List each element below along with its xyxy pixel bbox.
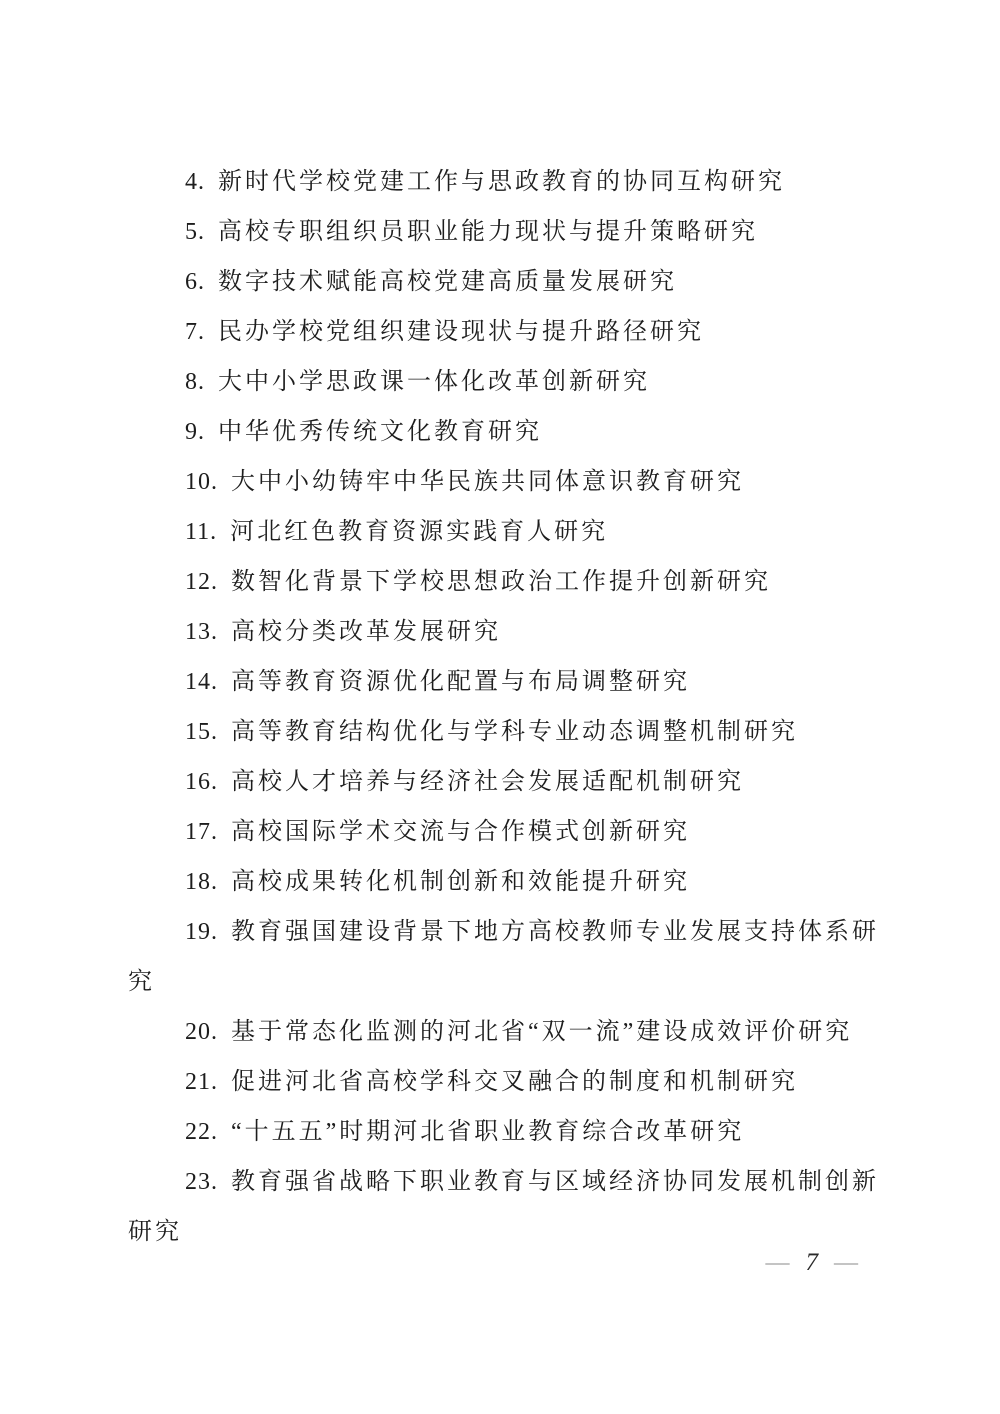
topic-line: 23.教育强省战略下职业教育与区域经济协同发展机制创新 xyxy=(128,1157,884,1207)
topic-line-continuation: 究 xyxy=(128,957,884,1007)
item-text: 教育强省战略下职业教育与区域经济协同发展机制创新 xyxy=(231,1169,879,1195)
item-number: 22. xyxy=(185,1107,218,1157)
list-item: 16.高校人才培养与经济社会发展适配机制研究 xyxy=(128,757,884,807)
item-text: 新时代学校党建工作与思政教育的协同互构研究 xyxy=(218,169,785,195)
topic-list: 4.新时代学校党建工作与思政教育的协同互构研究5.高校专职组织员职业能力现状与提… xyxy=(128,157,884,1257)
list-item: 7.民办学校党组织建设现状与提升路径研究 xyxy=(128,307,884,357)
list-item: 22.“十五五”时期河北省职业教育综合改革研究 xyxy=(128,1107,884,1157)
topic-line: 10.大中小幼铸牢中华民族共同体意识教育研究 xyxy=(128,457,884,507)
item-text: 高校国际学术交流与合作模式创新研究 xyxy=(231,819,690,845)
item-number: 12. xyxy=(185,557,218,607)
item-text: 促进河北省高校学科交叉融合的制度和机制研究 xyxy=(231,1069,798,1095)
item-text: 高校人才培养与经济社会发展适配机制研究 xyxy=(231,769,744,795)
item-text: 河北红色教育资源实践育人研究 xyxy=(230,519,608,545)
document-page: 4.新时代学校党建工作与思政教育的协同互构研究5.高校专职组织员职业能力现状与提… xyxy=(0,0,1000,1414)
topic-line: 15.高等教育结构优化与学科专业动态调整机制研究 xyxy=(128,707,884,757)
list-item: 4.新时代学校党建工作与思政教育的协同互构研究 xyxy=(128,157,884,207)
topic-line: 7.民办学校党组织建设现状与提升路径研究 xyxy=(128,307,884,357)
item-text: 中华优秀传统文化教育研究 xyxy=(218,419,542,445)
item-text: 高等教育资源优化配置与布局调整研究 xyxy=(231,669,690,695)
item-number: 10. xyxy=(185,457,218,507)
item-text: 高等教育结构优化与学科专业动态调整机制研究 xyxy=(231,719,798,745)
topic-line: 8.大中小学思政课一体化改革创新研究 xyxy=(128,357,884,407)
item-number: 7. xyxy=(185,307,205,357)
item-number: 20. xyxy=(185,1007,218,1057)
list-item: 17.高校国际学术交流与合作模式创新研究 xyxy=(128,807,884,857)
topic-line: 4.新时代学校党建工作与思政教育的协同互构研究 xyxy=(128,157,884,207)
list-item: 8.大中小学思政课一体化改革创新研究 xyxy=(128,357,884,407)
item-text: 高校成果转化机制创新和效能提升研究 xyxy=(231,869,690,895)
topic-line: 5.高校专职组织员职业能力现状与提升策略研究 xyxy=(128,207,884,257)
item-number: 8. xyxy=(185,357,205,407)
topic-line: 19.教育强国建设背景下地方高校教师专业发展支持体系研 xyxy=(128,907,884,957)
item-number: 21. xyxy=(185,1057,218,1107)
item-number: 18. xyxy=(185,857,218,907)
item-number: 15. xyxy=(185,707,218,757)
topic-line: 6.数字技术赋能高校党建高质量发展研究 xyxy=(128,257,884,307)
topic-line: 13.高校分类改革发展研究 xyxy=(128,607,884,657)
topic-line: 9.中华优秀传统文化教育研究 xyxy=(128,407,884,457)
item-text: 大中小学思政课一体化改革创新研究 xyxy=(218,369,650,395)
list-item: 10.大中小幼铸牢中华民族共同体意识教育研究 xyxy=(128,457,884,507)
topic-line: 22.“十五五”时期河北省职业教育综合改革研究 xyxy=(128,1107,884,1157)
list-item: 14.高等教育资源优化配置与布局调整研究 xyxy=(128,657,884,707)
item-text: 基于常态化监测的河北省“双一流”建设成效评价研究 xyxy=(231,1019,852,1045)
footer-dash-left: — xyxy=(766,1243,790,1283)
item-number: 19. xyxy=(185,907,218,957)
topic-line: 21.促进河北省高校学科交叉融合的制度和机制研究 xyxy=(128,1057,884,1107)
list-item: 9.中华优秀传统文化教育研究 xyxy=(128,407,884,457)
list-item: 19.教育强国建设背景下地方高校教师专业发展支持体系研究 xyxy=(128,907,884,1007)
list-item: 21.促进河北省高校学科交叉融合的制度和机制研究 xyxy=(128,1057,884,1107)
item-text: 数字技术赋能高校党建高质量发展研究 xyxy=(218,269,677,295)
page-footer: — 7 — xyxy=(766,1238,859,1288)
list-item: 6.数字技术赋能高校党建高质量发展研究 xyxy=(128,257,884,307)
topic-line: 20.基于常态化监测的河北省“双一流”建设成效评价研究 xyxy=(128,1007,884,1057)
item-number: 13. xyxy=(185,607,218,657)
list-item: 15.高等教育结构优化与学科专业动态调整机制研究 xyxy=(128,707,884,757)
item-text: 大中小幼铸牢中华民族共同体意识教育研究 xyxy=(231,469,744,495)
item-text: “十五五”时期河北省职业教育综合改革研究 xyxy=(231,1119,744,1145)
item-text: 教育强国建设背景下地方高校教师专业发展支持体系研 xyxy=(231,919,879,945)
list-item: 13.高校分类改革发展研究 xyxy=(128,607,884,657)
item-number: 4. xyxy=(185,157,205,207)
item-number: 5. xyxy=(185,207,205,257)
item-number: 16. xyxy=(185,757,218,807)
list-item: 11.河北红色教育资源实践育人研究 xyxy=(128,507,884,557)
item-text: 高校分类改革发展研究 xyxy=(231,619,501,645)
list-item: 5.高校专职组织员职业能力现状与提升策略研究 xyxy=(128,207,884,257)
item-number: 9. xyxy=(185,407,205,457)
list-item: 18.高校成果转化机制创新和效能提升研究 xyxy=(128,857,884,907)
item-number: 17. xyxy=(185,807,218,857)
item-number: 14. xyxy=(185,657,218,707)
topic-line: 17.高校国际学术交流与合作模式创新研究 xyxy=(128,807,884,857)
item-number: 6. xyxy=(185,257,205,307)
item-text: 数智化背景下学校思想政治工作提升创新研究 xyxy=(231,569,771,595)
topic-line: 12.数智化背景下学校思想政治工作提升创新研究 xyxy=(128,557,884,607)
topic-line: 16.高校人才培养与经济社会发展适配机制研究 xyxy=(128,757,884,807)
topic-line: 11.河北红色教育资源实践育人研究 xyxy=(128,507,884,557)
topic-line: 18.高校成果转化机制创新和效能提升研究 xyxy=(128,857,884,907)
page-number: 7 xyxy=(806,1238,819,1288)
item-text: 高校专职组织员职业能力现状与提升策略研究 xyxy=(218,219,758,245)
list-item: 20.基于常态化监测的河北省“双一流”建设成效评价研究 xyxy=(128,1007,884,1057)
footer-dash-right: — xyxy=(834,1243,858,1283)
topic-line: 14.高等教育资源优化配置与布局调整研究 xyxy=(128,657,884,707)
item-text: 民办学校党组织建设现状与提升路径研究 xyxy=(218,319,704,345)
list-item: 12.数智化背景下学校思想政治工作提升创新研究 xyxy=(128,557,884,607)
item-number: 11. xyxy=(185,507,217,557)
item-number: 23. xyxy=(185,1157,218,1207)
